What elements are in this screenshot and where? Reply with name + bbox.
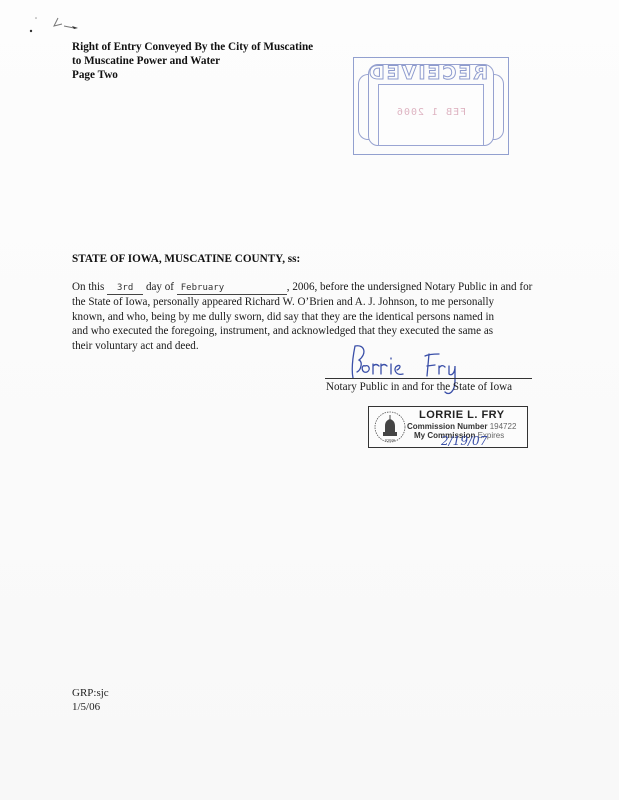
notarial-seal-icon: IOWA bbox=[373, 410, 407, 444]
header-page-number: Page Two bbox=[72, 68, 313, 82]
document-header: Right of Entry Conveyed By the City of M… bbox=[72, 40, 313, 83]
commission-number-line: Commission Number 194722 bbox=[407, 422, 516, 431]
received-stamp-right-cap bbox=[493, 74, 504, 140]
document-date: 1/5/06 bbox=[72, 700, 109, 714]
venue-heading: STATE OF IOWA, MUSCATINE COUNTY, ss: bbox=[72, 253, 300, 265]
day-field[interactable]: 3rd bbox=[107, 283, 143, 295]
received-stamp-date: FEB 1 2006 bbox=[379, 107, 483, 118]
document-page: Right of Entry Conveyed By the City of M… bbox=[0, 0, 619, 800]
year-text: , 2006, before the undersigned Notary Pu… bbox=[287, 281, 533, 293]
notary-signature-block: Notary Public in and for the State of Io… bbox=[325, 340, 535, 400]
notary-name: LORRIE L. FRY bbox=[419, 409, 505, 421]
notary-commission-stamp: IOWA LORRIE L. FRY Commission Number 194… bbox=[368, 406, 528, 448]
svg-text:IOWA: IOWA bbox=[385, 438, 396, 443]
day-of-text: day of bbox=[146, 281, 174, 293]
commission-number: 194722 bbox=[490, 422, 517, 431]
acknowledgment-line-4: and who executed the foregoing, instrume… bbox=[72, 324, 542, 339]
header-title-line-1: Right of Entry Conveyed By the City of M… bbox=[72, 40, 313, 54]
acknowledgment-line-2: the State of Iowa, personally appeared R… bbox=[72, 295, 542, 310]
acknowledgment-line-1: On this 3rd day of February, 2006, befor… bbox=[72, 280, 542, 295]
received-stamp-word: RECEIVED bbox=[374, 62, 488, 84]
signature-caption: Notary Public in and for the State of Io… bbox=[326, 381, 512, 393]
acknowledgment-line-3: known, and who, being by me dully sworn,… bbox=[72, 310, 542, 325]
document-footer: GRP:sjc 1/5/06 bbox=[72, 686, 109, 714]
commission-expiry-date: 2/19/07 bbox=[441, 434, 487, 448]
received-stamp: RECEIVED FEB 1 2006 bbox=[353, 57, 509, 155]
signature-line bbox=[325, 378, 532, 379]
header-title-line-2: to Muscatine Power and Water bbox=[72, 54, 313, 68]
intro-text: On this bbox=[72, 281, 104, 293]
received-stamp-date-window: FEB 1 2006 bbox=[378, 84, 484, 146]
typist-initials: GRP:sjc bbox=[72, 686, 109, 700]
month-field[interactable]: February bbox=[177, 283, 287, 295]
scan-artifact-mark bbox=[28, 14, 88, 36]
